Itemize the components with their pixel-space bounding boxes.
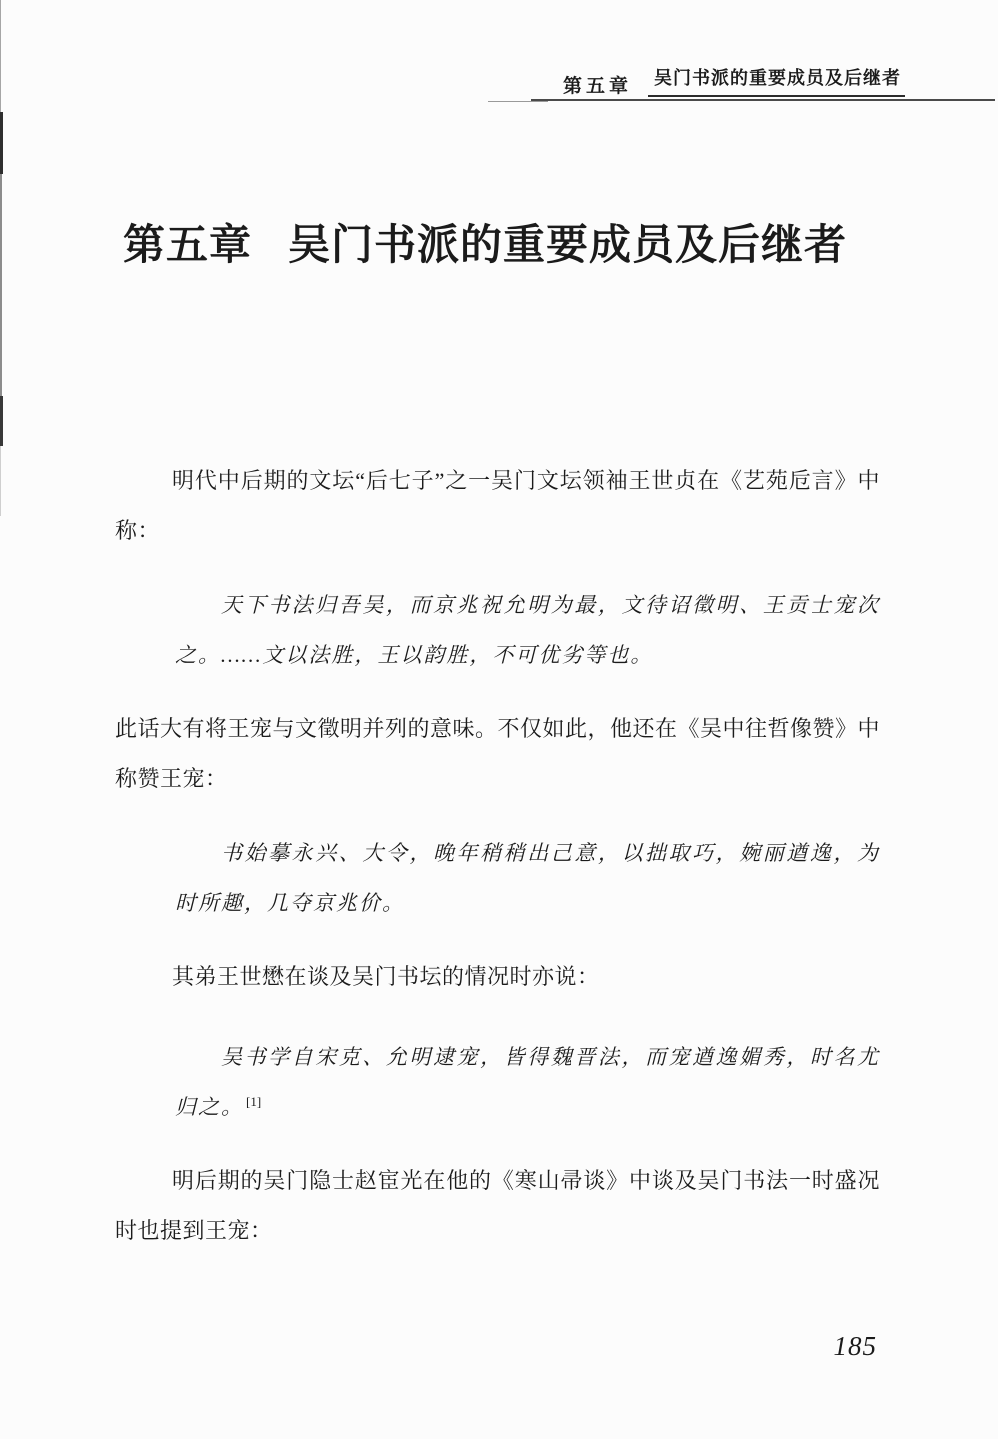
- paragraph-commentary: 此话大有将王宠与文徵明并列的意味。不仅如此，他还在《吴中往哲像赞》中称赞王宠：: [115, 704, 880, 804]
- page-content: 第五章吴门书派的重要成员及后继者 明代中后期的文坛“后七子”之一吴门文坛领袖王世…: [0, 0, 998, 1439]
- footnote-marker: [1]: [246, 1094, 261, 1109]
- quotation-yiyuan-zhiyan: 天下书法归吾吴，而京兆祝允明为最，文待诏徵明、王贡士宠次之。……文以法胜，王以韵…: [175, 580, 880, 680]
- chapter-title: 第五章吴门书派的重要成员及后继者: [123, 212, 880, 272]
- quotation-wang-shimao: 吴书学自宋克、允明逮宠，皆得魏晋法，而宠遒逸媚秀，时名尤归之。[1]: [175, 1032, 880, 1132]
- paragraph-zhao-yiguang: 明后期的吴门隐士赵宦光在他的《寒山帚谈》中谈及吴门书法一时盛况时也提到王宠：: [115, 1156, 880, 1256]
- book-page: 第五章 吴门书派的重要成员及后继者 第五章吴门书派的重要成员及后继者 明代中后期…: [0, 0, 998, 1439]
- chapter-name: 吴门书派的重要成员及后继者: [288, 223, 847, 269]
- quotation-wuzhong-wangzhe: 书始摹永兴、大令，晚年稍稍出己意，以拙取巧，婉丽遒逸，为时所趣，几夺京兆价。: [175, 828, 880, 928]
- chapter-number: 第五章: [123, 223, 252, 269]
- quotation-text: 吴书学自宋克、允明逮宠，皆得魏晋法，而宠遒逸媚秀，时名尤归之。: [175, 1045, 880, 1119]
- page-number: 185: [834, 1331, 878, 1362]
- paragraph-wang-shimao: 其弟王世懋在谈及吴门书坛的情况时亦说：: [115, 952, 880, 1002]
- paragraph-intro: 明代中后期的文坛“后七子”之一吴门文坛领袖王世贞在《艺苑卮言》中称：: [115, 456, 880, 556]
